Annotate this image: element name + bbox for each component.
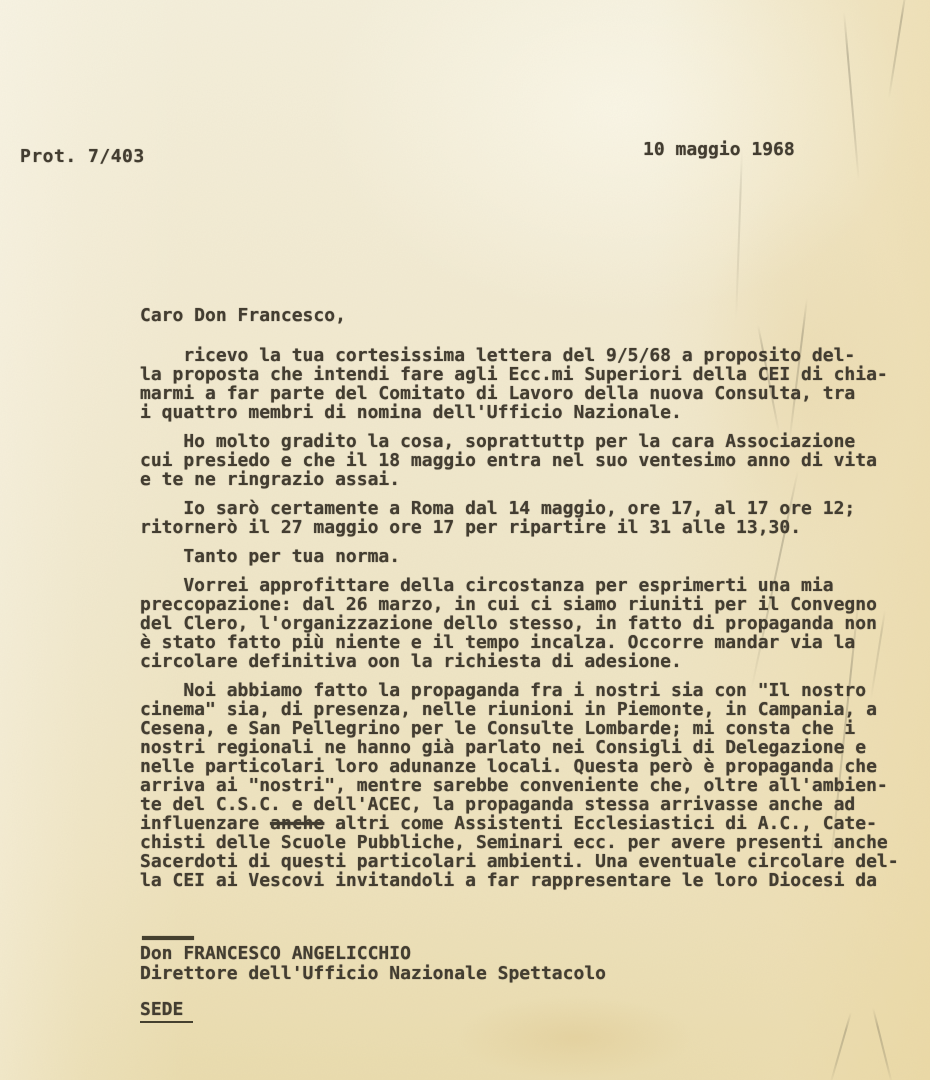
recipient-location: SEDE xyxy=(140,1000,193,1023)
paragraph: ricevo la tua cortesissima lettera del 9… xyxy=(140,346,925,422)
letter-line: arriva ai "nostri", mentre sarebbe conve… xyxy=(140,776,925,795)
letter-line: Io sarò certamente a Roma dal 14 maggio,… xyxy=(140,499,925,518)
paragraph: Noi abbiamo fatto la propaganda fra i no… xyxy=(140,681,925,890)
letter-line: nostri regionali ne hanno già parlato ne… xyxy=(140,738,925,757)
letter-date: 10 maggio 1968 xyxy=(643,139,795,160)
protocol-number: Prot. 7/403 xyxy=(20,146,145,167)
letter-line: cinema" sia, di presenza, nelle riunioni… xyxy=(140,700,925,719)
paragraph: Tanto per tua norma. xyxy=(140,547,925,566)
paper-crease xyxy=(872,1008,892,1080)
recipient-name: Don FRANCESCO ANGELICCHIO xyxy=(140,944,606,964)
letter-line: del Clero, l'organizzazione dello stesso… xyxy=(140,614,925,633)
letter-line: i quattro membri di nomina dell'Ufficio … xyxy=(140,403,925,422)
letter-line: Sacerdoti di questi particolari ambienti… xyxy=(140,852,925,871)
signature-block: Don FRANCESCO ANGELICCHIO Direttore dell… xyxy=(140,936,606,1023)
paper-crease xyxy=(829,1012,851,1080)
letter-line: Noi abbiamo fatto la propaganda fra i no… xyxy=(140,681,925,700)
letter-body: Caro Don Francesco, ricevo la tua cortes… xyxy=(140,306,925,900)
letter-line: Ho molto gradito la cosa, soprattuttp pe… xyxy=(140,432,925,451)
paper-crease xyxy=(888,0,907,99)
letter-line: chisti delle Scuole Pubbliche, Seminari … xyxy=(140,833,925,852)
letter-line: influenzare anche altri come Assistenti … xyxy=(140,814,925,833)
letter-line: circolare definitiva oon la richiesta di… xyxy=(140,652,925,671)
letter-line: ricevo la tua cortesissima lettera del 9… xyxy=(140,346,925,365)
letter-paragraphs: ricevo la tua cortesissima lettera del 9… xyxy=(140,346,925,890)
letter-line: la CEI ai Vescovi invitandoli a far rapp… xyxy=(140,871,925,890)
paragraph: Ho molto gradito la cosa, soprattuttp pe… xyxy=(140,432,925,489)
letter-line: cui presiedo e che il 18 maggio entra ne… xyxy=(140,451,925,470)
letter-line: Vorrei approfittare della circostanza pe… xyxy=(140,576,925,595)
letter-line: Tanto per tua norma. xyxy=(140,547,925,566)
recipient-title: Direttore dell'Ufficio Nazionale Spettac… xyxy=(140,964,606,984)
signature-rule xyxy=(142,936,194,940)
letter-line: ritornerò il 27 maggio ore 17 per ripart… xyxy=(140,518,925,537)
letter-line: te del C.S.C. e dell'ACEC, la propaganda… xyxy=(140,795,925,814)
paragraph: Io sarò certamente a Roma dal 14 maggio,… xyxy=(140,499,925,537)
letter-line: la proposta che intendi fare agli Ecc.mi… xyxy=(140,365,925,384)
letter-line: è stato fatto più niente e il tempo inca… xyxy=(140,633,925,652)
letter-line: e te ne ringrazio assai. xyxy=(140,470,925,489)
salutation: Caro Don Francesco, xyxy=(140,306,925,325)
letter-line: preccopazione: dal 26 marzo, in cui ci s… xyxy=(140,595,925,614)
paper-crease xyxy=(735,150,742,320)
letter-page: Prot. 7/403 10 maggio 1968 Caro Don Fran… xyxy=(0,0,930,1080)
paper-crease xyxy=(843,12,859,181)
letter-line: Cesena, e San Pellegrino per le Consulte… xyxy=(140,719,925,738)
paragraph: Vorrei approfittare della circostanza pe… xyxy=(140,576,925,671)
letter-line: nelle particolari loro adunanze locali. … xyxy=(140,757,925,776)
letter-line: marmi a far parte del Comitato di Lavoro… xyxy=(140,384,925,403)
